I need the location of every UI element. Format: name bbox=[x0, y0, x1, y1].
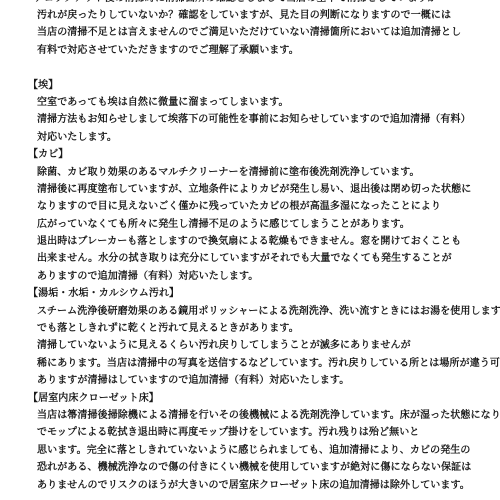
body-line: 出来ません。水分の拭き取りは充分にしていますがそれでも大量でなくても発生すること… bbox=[0, 250, 500, 267]
body-line: スチーム洗浄後研磨効果のある鏡用ポリッシャーによる洗剤洗浄、洗い流すときにはお湯… bbox=[0, 303, 500, 320]
body-line: 広がっていなくても所々に発生し清掃不足のように感じてしまうことがあります。 bbox=[0, 216, 500, 233]
clipped-line: チェックアウト後の清掃時に清掃箇所の確認をしまして当店の基準で清掃をしていますが bbox=[0, 0, 500, 7]
body-line: 清掃していないように見えるくらい汚れ戻りしてしまうことが滅多にありませんが bbox=[0, 337, 500, 354]
document-page: チェックアウト後の清掃時に清掃箇所の確認をしまして当店の基準で清掃をしていますが… bbox=[0, 0, 500, 500]
body-line: でモップによる乾拭き退出時に再度モップ掛けをしています。汚れ残りは殆ど無いと bbox=[0, 424, 500, 441]
blank-line bbox=[0, 59, 500, 76]
body-line: 対応いたします。 bbox=[0, 129, 500, 146]
section-heading-mold: 【カビ】 bbox=[0, 146, 500, 163]
clipped-line-text: チェックアウト後の清掃時に清掃箇所の確認をしまして当店の基準で清掃をしていますが bbox=[0, 0, 500, 7]
body-line: 当店は箒清掃後掃除機による清掃を行いその後機械による洗剤洗浄しています。床が湿っ… bbox=[0, 407, 500, 424]
body-line: なりますので目に見えないごく僅かに残っていたカビの根が高温多湿になったことにより bbox=[0, 198, 500, 215]
body-line: 空室であっても埃は自然に微量に溜まってしまいます。 bbox=[0, 94, 500, 111]
body-line: ありませんのでリスクのほうが大きいので居室床クローゼット床の追加清掃は除外してい… bbox=[0, 477, 500, 494]
intro-line: 汚れが戻ったりしていないか？確認をしていますが、見た目の判断になりますので一概に… bbox=[0, 7, 500, 24]
section-heading-scale: 【湯垢・水垢・カルシウム汚れ】 bbox=[0, 285, 500, 302]
body-line: 退出時はブレーカーも落としますので換気扇による乾燥もできません。窓を開けておくこ… bbox=[0, 233, 500, 250]
body-line: 除菌、カビ取り効果のあるマルチクリーナーを清掃前に塗布後洗剤洗浄しています。 bbox=[0, 164, 500, 181]
body-line: 清掃後に再度塗布していますが、立地条件によりカビが発生し易い、退出後は閉め切った… bbox=[0, 181, 500, 198]
section-heading-floor: 【居室内床クローゼット床】 bbox=[0, 390, 500, 407]
body-line: 恐れがある、機械洗浄なので傷の付きにくい機械を使用していますが絶対に傷にならない… bbox=[0, 459, 500, 476]
document-text-block: チェックアウト後の清掃時に清掃箇所の確認をしまして当店の基準で清掃をしていますが… bbox=[0, 0, 500, 494]
body-line: 清掃方法もお知らせしまして埃落下の可能性を事前にお知らせしていますので追加清掃（… bbox=[0, 111, 500, 128]
body-line: ありますので追加清掃（有料）対応いたします。 bbox=[0, 268, 500, 285]
body-line: 思います。完全に落としきれていないように感じられましても、追加清掃により、カビの… bbox=[0, 442, 500, 459]
body-line: 稀にあります。当店は清掃中の写真を送信するなどしています。汚れ戻りしている所とは… bbox=[0, 355, 500, 372]
body-line: ありますが清掃はしていますので追加清掃（有料）対応いたします。 bbox=[0, 372, 500, 389]
intro-line: 当店の清掃不足とは言えませんのでご満足いただけていない清掃箇所においては追加清掃… bbox=[0, 24, 500, 41]
body-line: でも落としきれずに乾くと汚れて見えるときがあります。 bbox=[0, 320, 500, 337]
section-heading-dust: 【埃】 bbox=[0, 77, 500, 94]
intro-line: 有料で対応させていただきますのでご理解了承願います。 bbox=[0, 42, 500, 59]
